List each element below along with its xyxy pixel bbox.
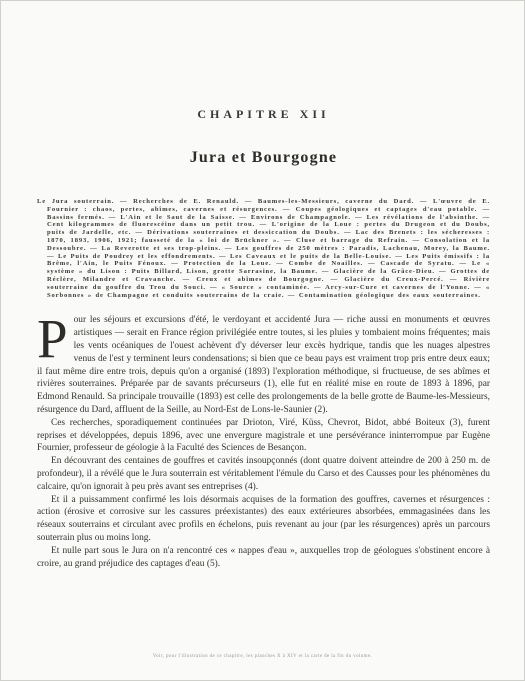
body-paragraph-1: Pour les séjours et excursions d'été, le… — [37, 314, 490, 416]
book-page: CHAPITRE XII Jura et Bourgogne Le Jura s… — [0, 0, 525, 681]
body-text: Pour les séjours et excursions d'été, le… — [37, 314, 490, 570]
body-paragraph-2: Ces recherches, sporadiquement continuée… — [37, 417, 490, 455]
page-footer: Voir, pour l'illustration de ce chapitre… — [1, 654, 524, 659]
paragraph-1-text: our les séjours et excursions d'été, le … — [37, 315, 490, 415]
page-content: CHAPITRE XII Jura et Bourgogne Le Jura s… — [37, 1, 490, 570]
drop-cap: P — [37, 317, 68, 364]
chapter-summary: Le Jura souterrain. — Recherches de E. R… — [37, 198, 490, 299]
body-paragraph-5: Et nulle part sous le Jura on n'a rencon… — [37, 545, 490, 571]
body-paragraph-4: Et il a puissamment confirmé les lois dé… — [37, 494, 490, 545]
page-title: Jura et Bourgogne — [37, 149, 490, 167]
chapter-label: CHAPITRE XII — [37, 107, 490, 122]
body-paragraph-3: En découvrant des centaines de gouffres … — [37, 455, 490, 493]
